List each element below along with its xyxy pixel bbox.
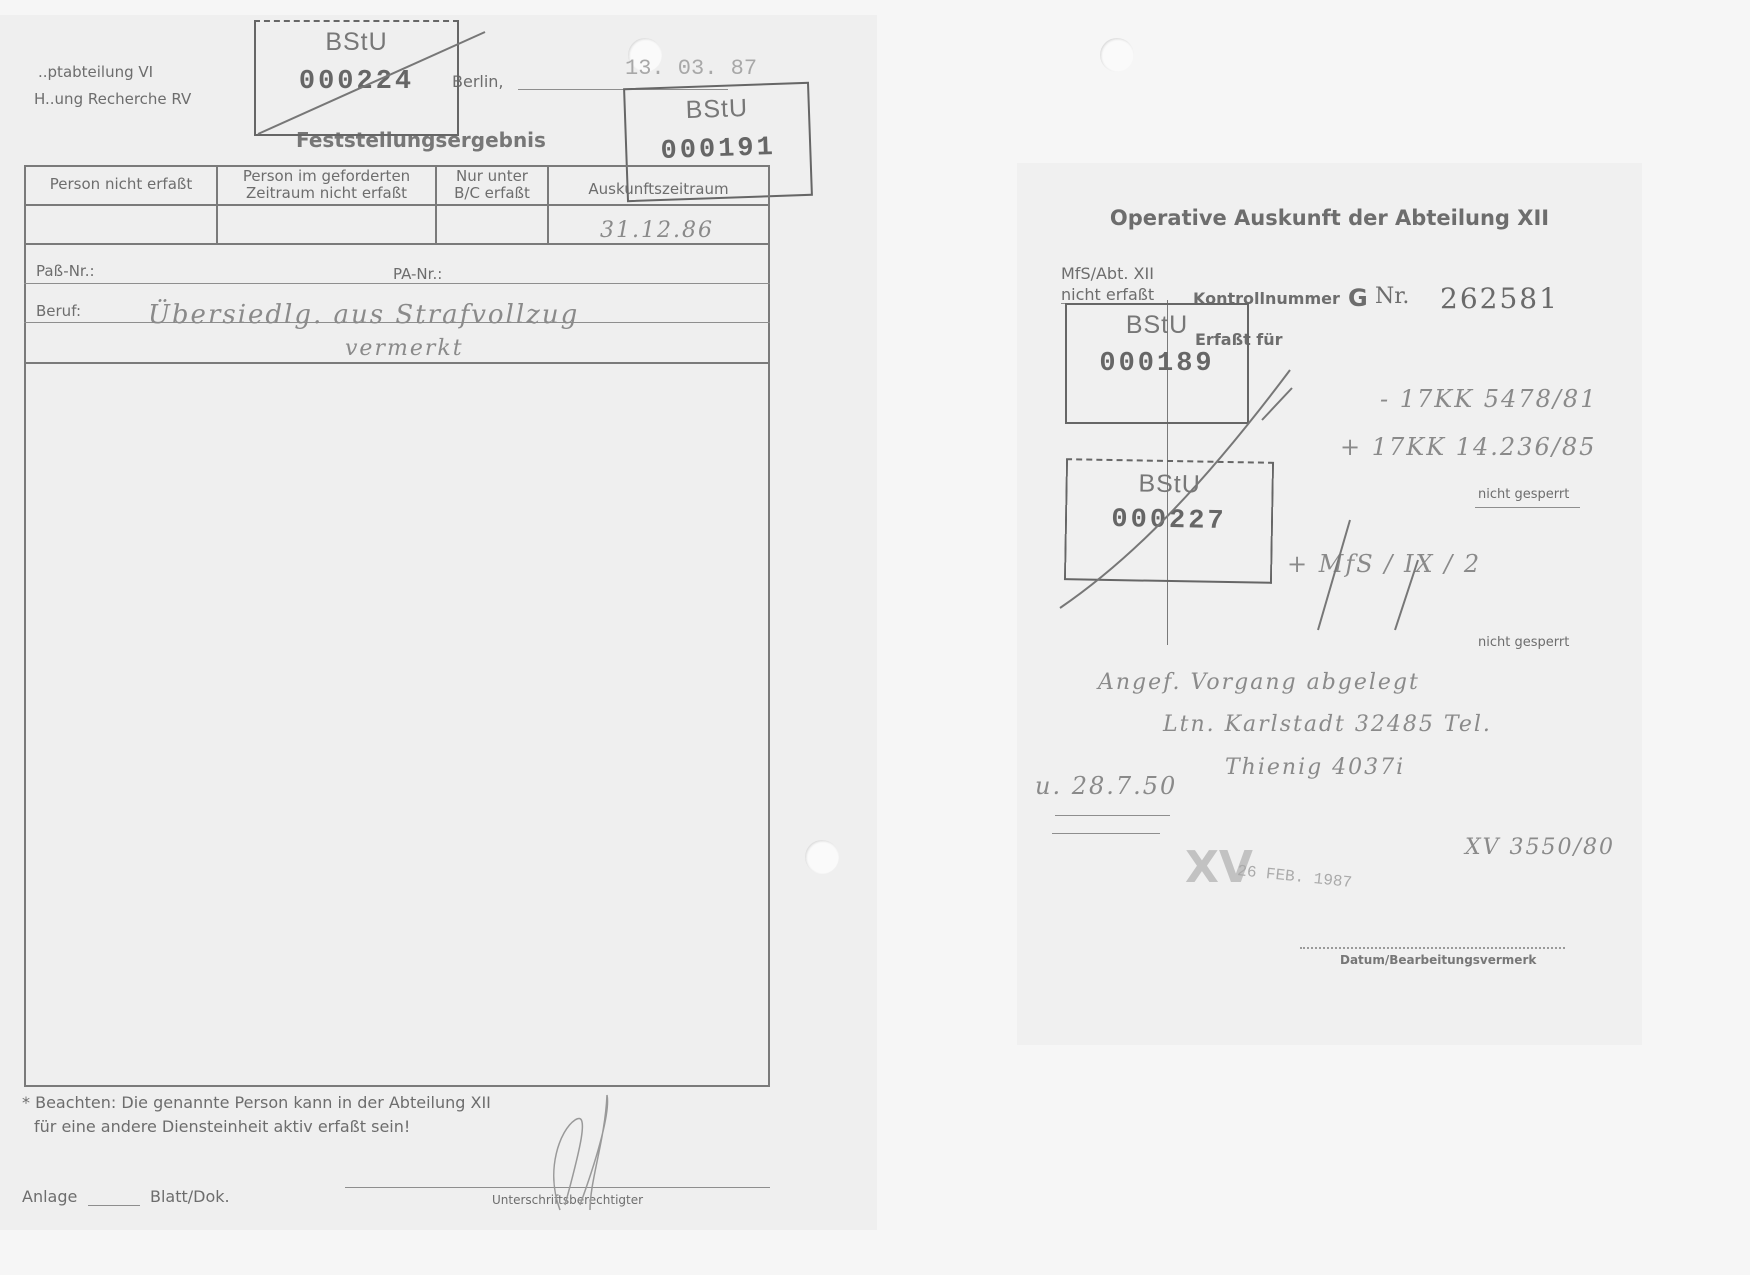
right-title: Operative Auskunft der Abteilung XII — [1017, 206, 1642, 230]
beruf-label: Beruf: — [36, 302, 81, 320]
note-line-3: Thienig 4037i — [1225, 755, 1405, 780]
archive-stamp: BStU 000224 — [254, 20, 459, 136]
beruf-value: Übersiedlg. aus Strafvollzug — [148, 300, 579, 330]
signature-line — [345, 1187, 770, 1188]
datum-label: Datum/Bearbeitungsvermerk — [1340, 953, 1536, 967]
col-person-nicht-erfasst: Person nicht erfaßt — [26, 175, 216, 193]
g-label: G — [1348, 284, 1368, 312]
auskunftszeitraum-value: 31.12.86 — [600, 218, 714, 243]
note-line-2: Ltn. Karlstadt 32485 Tel. — [1163, 712, 1492, 737]
department-line-2: H..ung Recherche RV — [34, 90, 191, 108]
nr-label: Nr. — [1375, 284, 1409, 309]
note-line-1: Angef. Vorgang abgelegt — [1098, 670, 1420, 695]
date-note: u. 28.7.50 — [1035, 772, 1177, 800]
archive-stamp: BStU 000227 — [1064, 458, 1274, 584]
blatt-label: Blatt/Dok. — [150, 1187, 230, 1206]
note-line-2: für eine andere Diensteinheit aktiv erfa… — [34, 1117, 410, 1136]
signature-label: Unterschriftsberechtigter — [492, 1193, 643, 1207]
nicht-erfasst-label: nicht erfaßt — [1061, 285, 1154, 304]
punch-hole — [1100, 38, 1134, 72]
col-auskunftszeitraum: Auskunftszeitraum — [549, 180, 768, 198]
entry-1: - 17KK 5478/81 — [1380, 385, 1597, 413]
date-stamp: 13. 03. 87 — [625, 56, 757, 81]
anlage-blank — [88, 1205, 140, 1206]
archive-stamp: BStU 000189 — [1065, 303, 1249, 424]
department-line-1: ..ptabteilung VI — [38, 63, 153, 81]
kontrollnummer-value: 262581 — [1440, 282, 1559, 315]
pa-nr-label: PA-Nr.: — [393, 265, 442, 283]
xv-reference: XV 3550/80 — [1465, 835, 1615, 860]
col-zeitraum-nicht-erfasst: Person im gefordertenZeitraum nicht erfa… — [218, 168, 435, 202]
nicht-gesperrt-2: nicht gesperrt — [1478, 635, 1569, 650]
entry-2: + 17KK 14.236/85 — [1340, 433, 1596, 461]
note-line-1: * Beachten: Die genannte Person kann in … — [22, 1093, 491, 1112]
mfs-abt-label: MfS/Abt. XII — [1061, 264, 1154, 283]
city-label: Berlin, — [452, 72, 504, 91]
entry-3: + MfS / IX / 2 — [1287, 550, 1481, 578]
pass-nr-label: Paß-Nr.: — [36, 262, 95, 280]
col-nur-bc: Nur unterB/C erfaßt — [437, 168, 547, 202]
beruf-value-2: vermerkt — [345, 336, 464, 361]
anlage-label: Anlage — [22, 1187, 77, 1206]
punch-hole — [805, 840, 839, 874]
nicht-gesperrt-1: nicht gesperrt — [1478, 487, 1569, 502]
